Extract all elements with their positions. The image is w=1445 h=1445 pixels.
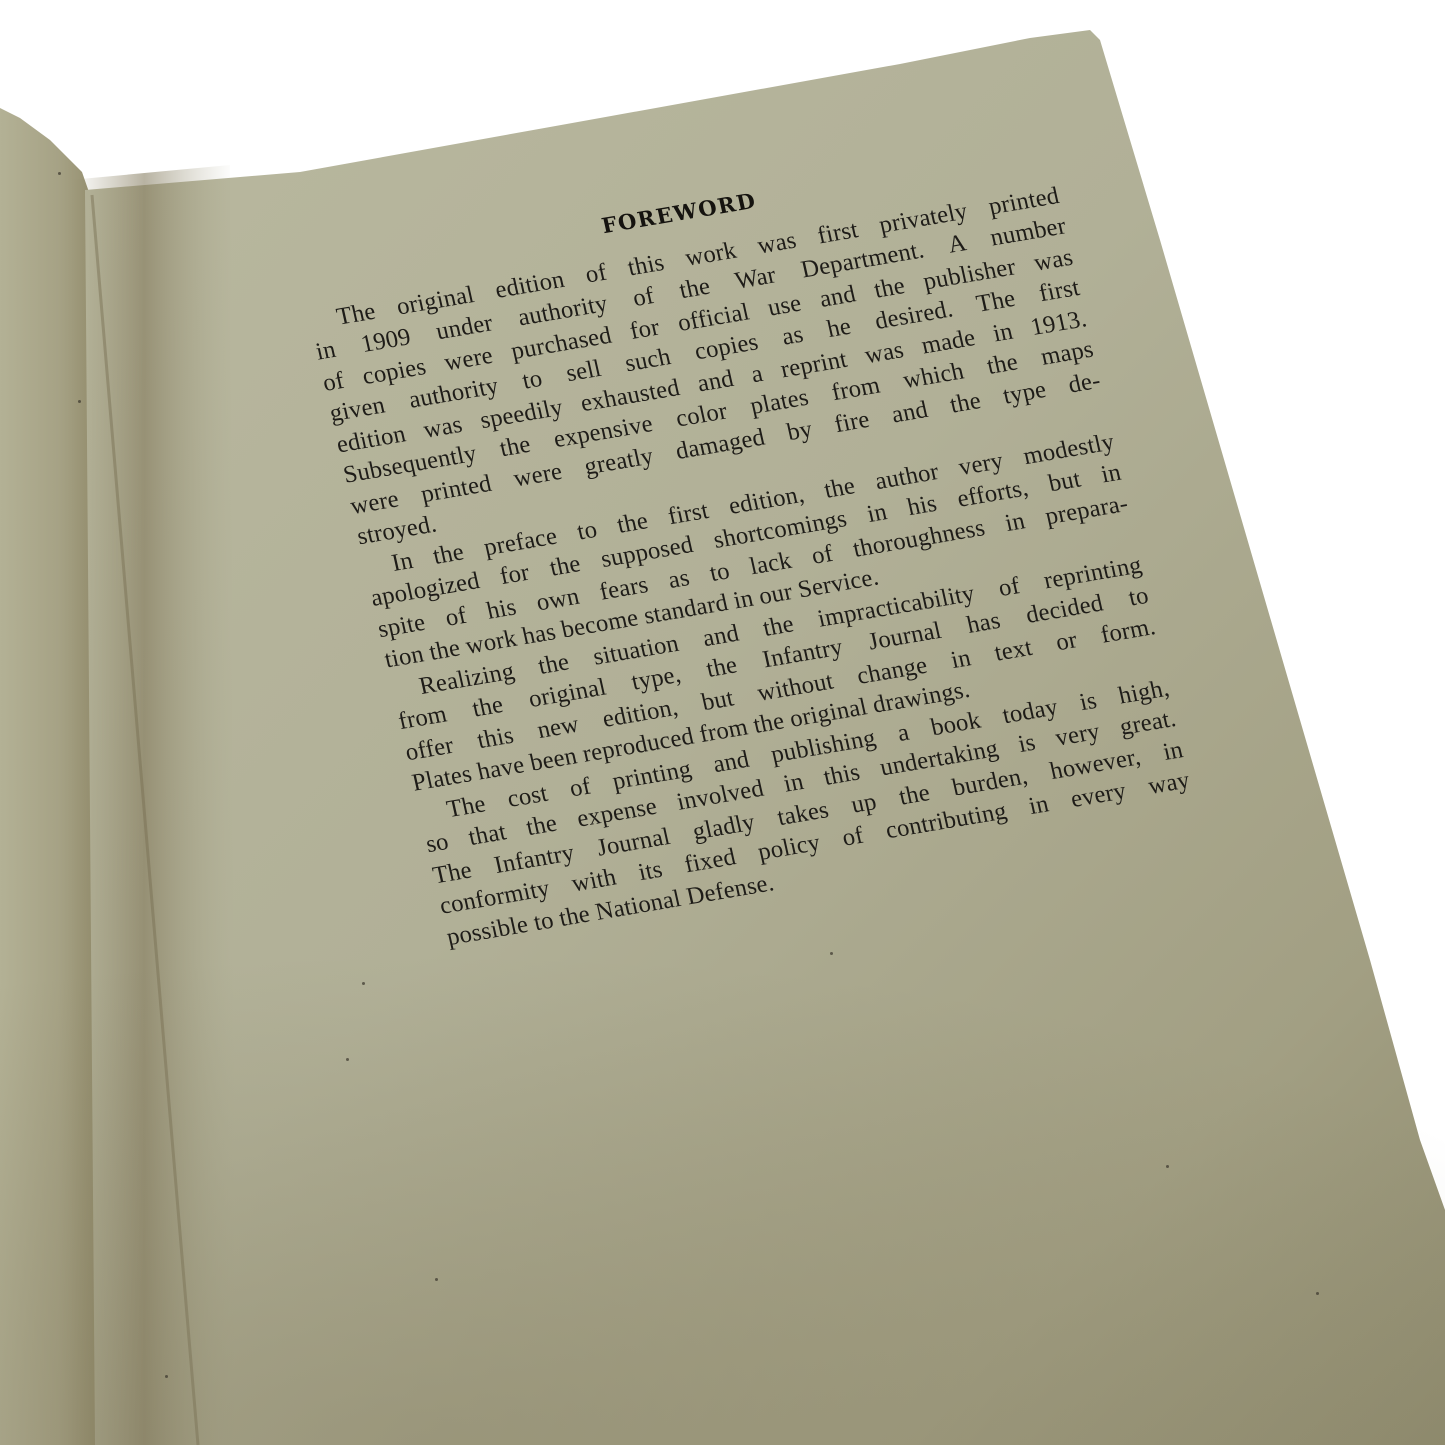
book-photo: FOREWORD The original edition of this wo… <box>0 0 1445 1445</box>
paper-speck <box>165 1375 168 1378</box>
paper-speck <box>346 1058 349 1061</box>
paper-speck <box>830 952 833 955</box>
paper-speck <box>1166 1165 1169 1168</box>
paper-speck <box>435 1278 438 1281</box>
foreword-text-block: FOREWORD The original edition of this wo… <box>296 135 1200 953</box>
paper-speck <box>1316 1292 1319 1295</box>
paper-speck <box>362 982 365 985</box>
paper-speck <box>58 172 61 175</box>
paper-speck <box>78 400 81 403</box>
